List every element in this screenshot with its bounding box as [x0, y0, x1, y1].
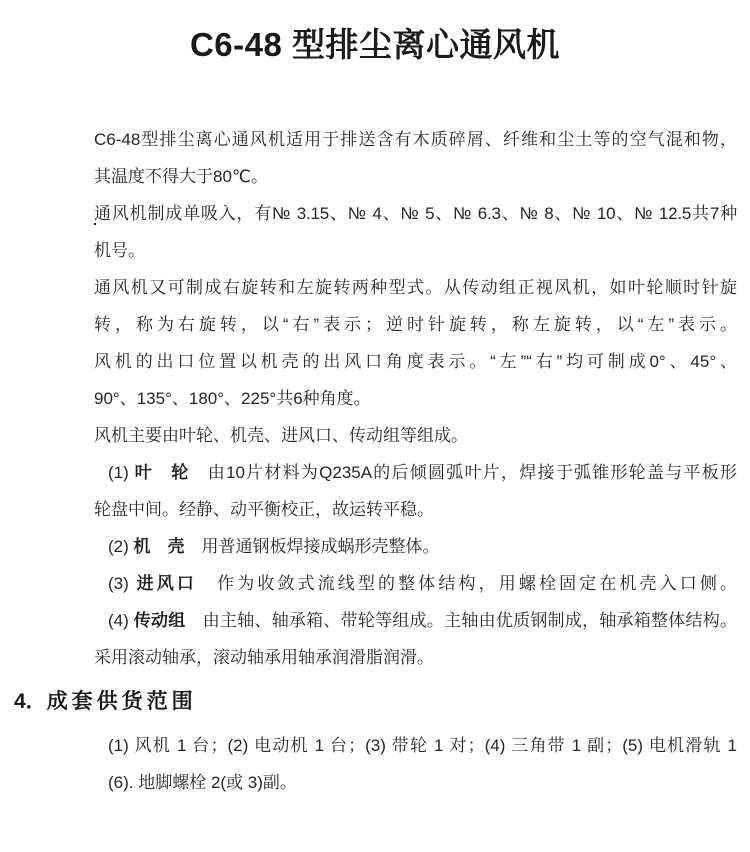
- structure-item-impeller: (1) 叶 轮 由10片材料为Q235A的后倾圆弧叶片，焊接于弧锥形轮盖与平板形: [94, 454, 737, 491]
- text-line: 3.结构 风机主要由叶轮、机壳、进风口、传动组等组成。: [94, 417, 737, 454]
- section-heading-4: 4．成套供货范围: [14, 683, 197, 720]
- structure-item-casing: (2) 机 壳 用普通钢板焊接成蜗形壳整体。: [94, 528, 737, 565]
- line-text: (3) 进风口 作为收敛式流线型的整体结构，用螺栓固定在机壳入口侧。: [108, 574, 737, 602]
- text-line: 风机的出口位置以机壳的出风口角度表示。“左”“右”均可制成0°、45°、: [94, 343, 737, 380]
- line-text: 风机主要由叶轮、机壳、进风口、传动组等组成。: [94, 426, 468, 445]
- page-title: C6-48 型排尘离心通风机: [0, 22, 750, 68]
- text-line: 通风机又可制成右旋转和左旋转两种型式。从传动组正视风机，如叶轮顺时针旋: [94, 269, 737, 306]
- line-text: (4) 传动组 由主轴、轴承箱、带轮等组成。主轴由优质钢制成，轴承箱整体结构。: [108, 611, 737, 639]
- line-text: (2) 机 壳 用普通钢板焊接成蜗形壳整体。: [108, 537, 440, 556]
- line-text: 机号。: [94, 241, 145, 260]
- structure-item-drive-group: (4) 传动组 由主轴、轴承箱、带轮等组成。主轴由优质钢制成，轴承箱整体结构。: [94, 602, 737, 639]
- text-line: 90°、135°、180°、225°共6种角度。: [94, 380, 737, 417]
- line-text: 采用滚动轴承，滚动轴承用轴承润滑脂润滑。: [94, 648, 434, 667]
- item-description: 由10片材料为Q235A的后倾圆弧叶片，焊接于弧锥形轮盖与平板形: [190, 463, 738, 482]
- line-text: 90°、135°、180°、225°共6种角度。: [94, 389, 371, 408]
- document-body: 1．用途 C6-48型排尘离心通风机适用于排送含有木质碎屑、纤维和尘土等的空气混…: [0, 121, 737, 801]
- line-text: (6). 地脚螺栓 2(或 3)副。: [108, 773, 297, 792]
- section-title: 用途: [94, 126, 97, 149]
- line-text: (1) 风机 1 台；(2) 电动机 1 台；(3) 带轮 1 对；(4) 三角…: [108, 736, 737, 764]
- item-name: 机 壳: [134, 537, 185, 556]
- item-number: (1): [108, 463, 135, 482]
- item-name: 叶 轮: [135, 463, 190, 482]
- item-number: (2): [108, 537, 134, 556]
- section-heading-4-row: 4．成套供货范围: [94, 683, 737, 720]
- item-description: 由主轴、轴承箱、带轮等组成。主轴由优质钢制成，轴承箱整体结构。: [185, 611, 737, 630]
- text-line: 其温度不得大于80℃。: [94, 158, 737, 195]
- line-text: 通风机制成单吸入，有№ 3.15、№ 4、№ 5、№ 6.3、№ 8、№ 10、…: [94, 204, 737, 232]
- item-description: 作为收敛式流线型的整体结构，用螺栓固定在机壳入口侧。: [197, 574, 737, 593]
- section-title: 成套供货范围: [47, 690, 197, 713]
- text-line: (1) 风机 1 台；(2) 电动机 1 台；(3) 带轮 1 对；(4) 三角…: [94, 727, 737, 764]
- text-line: 1．用途 C6-48型排尘离心通风机适用于排送含有木质碎屑、纤维和尘土等的空气混…: [94, 121, 737, 158]
- text-line: 转，称为右旋转，以“右”表示；逆时针旋转，称左旋转，以“左”表示。: [94, 306, 737, 343]
- item-name: 传动组: [134, 611, 186, 630]
- text-line: (6). 地脚螺栓 2(或 3)副。: [94, 764, 737, 801]
- structure-item-inlet: (3) 进风口 作为收敛式流线型的整体结构，用螺栓固定在机壳入口侧。: [94, 565, 737, 602]
- item-number: (3): [108, 574, 137, 593]
- line-text: 轮盘中间。经静、动平衡校正，故运转平稳。: [94, 500, 434, 519]
- text-line: 轮盘中间。经静、动平衡校正，故运转平稳。: [94, 491, 737, 528]
- section-heading-1: 1．用途: [94, 121, 97, 156]
- line-text: 其温度不得大于80℃。: [94, 167, 268, 186]
- section-title: 型式: [94, 200, 96, 225]
- section-number: 4．: [14, 683, 47, 720]
- line-text: 通风机又可制成右旋转和左旋转两种型式。从传动组正视风机，如叶轮顺时针旋: [94, 278, 737, 306]
- line-text: 转，称为右旋转，以“右”表示；逆时针旋转，称左旋转，以“左”表示。: [94, 315, 737, 343]
- item-description: 用普通钢板焊接成蜗形壳整体。: [185, 537, 440, 556]
- line-text: 风机的出口位置以机壳的出风口角度表示。“左”“右”均可制成0°、45°、: [94, 352, 737, 380]
- line-text: C6-48型排尘离心通风机适用于排送含有木质碎屑、纤维和尘土等的空气混和物，: [94, 130, 737, 158]
- text-line: 机号。: [94, 232, 737, 269]
- text-line: 2．型式 通风机制成单吸入，有№ 3.15、№ 4、№ 5、№ 6.3、№ 8、…: [94, 195, 737, 232]
- text-line: 采用滚动轴承，滚动轴承用轴承润滑脂润滑。: [94, 639, 737, 676]
- item-number: (4): [108, 611, 134, 630]
- line-text: (1) 叶 轮 由10片材料为Q235A的后倾圆弧叶片，焊接于弧锥形轮盖与平板形: [108, 463, 737, 491]
- section-heading-2: 2．型式: [94, 195, 96, 230]
- item-name: 进风口: [137, 574, 197, 593]
